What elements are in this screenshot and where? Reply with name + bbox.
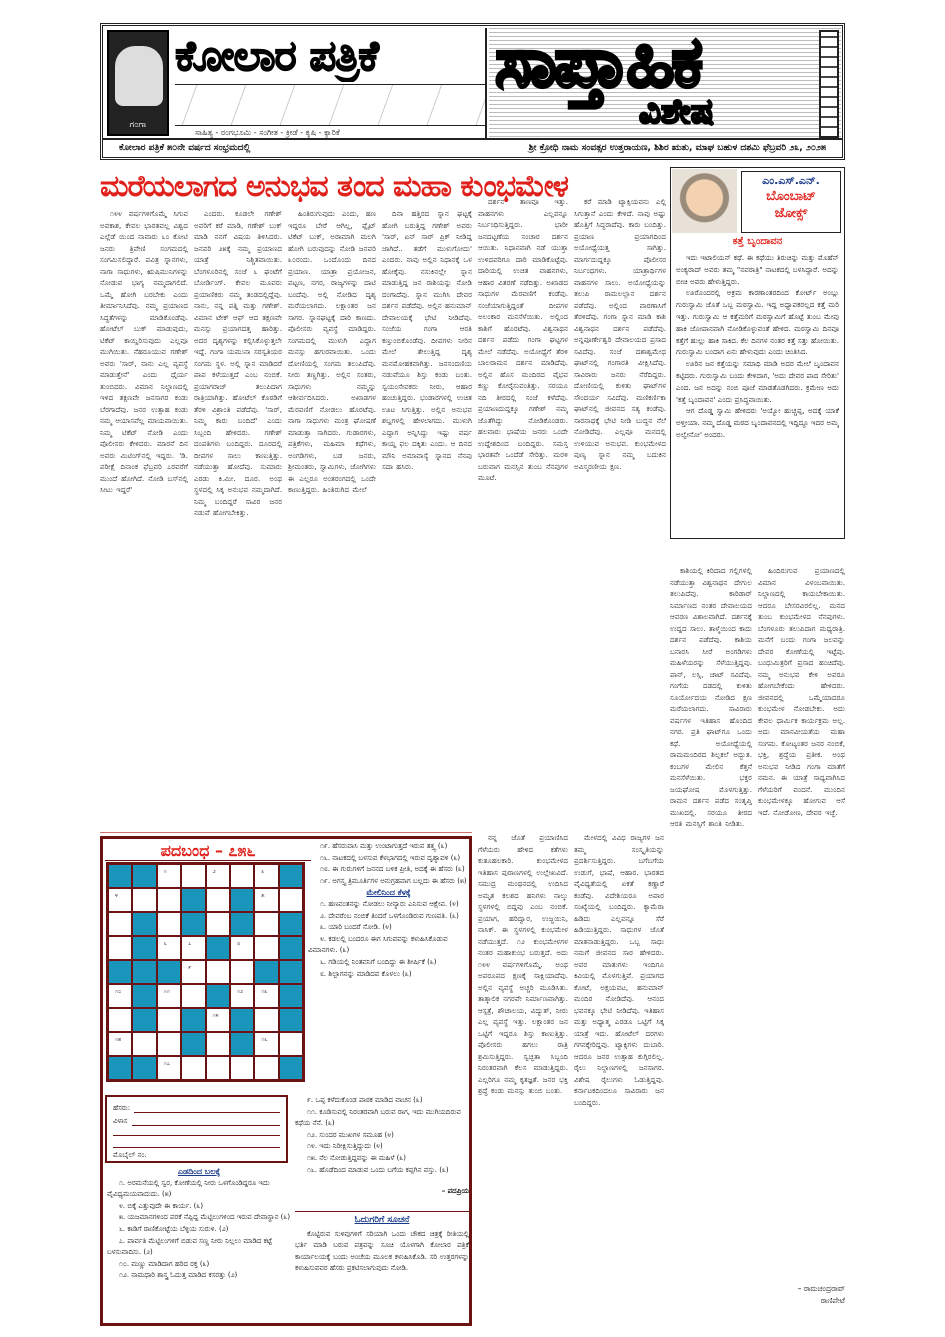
crossword-cell[interactable]: ೧೩ (254, 984, 278, 1008)
reader-notice: ಓದುಗರಿಗೆ ಸೂಚನೆ ಕೊಟ್ಟಿರುವ ಸುಳಿವುಗಳಿಗೆ ಸರಿ… (295, 1211, 469, 1275)
article-text: ಕರೆ ಮಾಡಿ ಟ್ಯಾಕ್ಸಿಯವನು ಎಲ್ಲಿ ಸಿಗುತ್ತಾನೆ ಎ… (574, 196, 666, 472)
crossword-cell-blocked (132, 984, 156, 1008)
address-field-line2[interactable] (113, 1127, 280, 1136)
crossword-cell[interactable] (157, 888, 181, 912)
clue: ೬. ಕಾಡಿಗೆ ರಾಣಿಕೋಟ್ಟೆಯ ಬೆಳ್ಳಿಯ ಸುರುಳಿ. (೨… (107, 1224, 291, 1236)
crossword-cell-blocked (132, 1056, 156, 1080)
clue: ೧೨. ನಾಮಧಾರಿ ಶಾಸ್ತ್ರ ಓದುತ್ತ ಮಾಡಿದ ಕಸರತ್ತು… (107, 1270, 291, 1282)
clue: ೩. ಯಾರಿ ಬಂದರೆ ನೋಡಿ. (೪) (308, 922, 469, 934)
supplement-subtitle: ವಿಶೇಷ (639, 92, 714, 132)
crossword-cell-blocked (108, 864, 132, 888)
crossword-cell-blocked (279, 984, 303, 1008)
clue: ೧೬. ನಾಟಕದಲ್ಲಿ ಬಳಸುವ ಕೆಳಭಾಗದಲ್ಲಿ ಇರುವ ದೃಶ… (308, 853, 469, 865)
crossword-cell[interactable] (254, 912, 278, 936)
crossword-cell-blocked (230, 1032, 254, 1056)
joke-subtitle: ಕತ್ತೆ ಬೃಂದಾವನ (671, 236, 844, 247)
crossword-cell-blocked (206, 936, 230, 960)
author-place: ರಾಣಿಪೇಟೆ (760, 1295, 845, 1307)
jokes-sidebar: ಎಂ.ಎಸ್.ಎನ್. ಬೊಂಬಾಟ್ ಜೋಕ್ಸ್ ಕತ್ತೆ ಬೃಂದಾವನ… (670, 167, 845, 539)
supplement-banner: ಸಾಪ್ತಾಹಿಕ ವಿಶೇಷ (489, 28, 841, 140)
article-column-10: ಹಿಂದಿರುಗುವ ಪ್ರಯಾಣದಲ್ಲಿ ವಿಮಾನ ವಿಳಂಬವಾಯಿತು… (758, 565, 845, 1281)
crossword-cell[interactable] (279, 888, 303, 912)
clue: ೧೯. ಹೆಸರುವಾಸಿ ಮತ್ತು ಉಂಟಾಗುತ್ತದೆ ಇರುವ ತತ್… (308, 841, 469, 853)
crossword-cell-blocked (132, 912, 156, 936)
crossword-cell-blocked (279, 864, 303, 888)
crossword-cell-blocked (279, 960, 303, 984)
decorative-border (819, 30, 839, 138)
name-field[interactable] (134, 1106, 280, 1113)
clue-number: ೧೨ (237, 989, 243, 996)
crossword-cell[interactable]: ೧೫ (108, 1032, 132, 1056)
article-column-2: ಎಂದರು. ಕೂಡಲೇ ಗಣೇಶ್ ಅವರಿಗೆ ಕರೆ ಮಾಡಿ, ಗಣೇಶ… (194, 208, 282, 828)
crossword-cell[interactable] (230, 960, 254, 984)
clue-number: ೧೦ (115, 989, 121, 996)
clue: ೫. ಯಜಮಾನಗಳಿಂದ ಪರಕೆ ನೆಪ್ಪಿದ್ದ ಮೆಟ್ಟಿಲುಗಳಿ… (107, 1212, 291, 1224)
clue-number: ೩ (261, 869, 264, 876)
arts-line: ಸಾಹಿತ್ಯ - ರಂಗಭೂಮಿ - ಸಂಗೀತ - ಕ್ರೀಡೆ - ಕೃಷ… (195, 128, 340, 138)
clue: ೧೮. ಈ ಗುರುಗಳಿಗೆ ಜನನದ ಬಳಿಕ ಪ್ರೀತಿ, ಅದಕ್ಕೆ… (308, 864, 469, 876)
crossword-cell-blocked (132, 1008, 156, 1032)
jokes-byline: ಎಂ.ಎಸ್.ಎನ್. (742, 174, 840, 188)
caricature-image (672, 169, 737, 233)
crossword-cell[interactable] (181, 1056, 205, 1080)
joke-paragraph: ಊರೊಂದರಲ್ಲಿ ಅಕ್ರಮ ಕಾರಣಾಂತರದಿಂದ ಕೋರ್ಟ್ ಅಂಬ… (676, 287, 839, 358)
crossword-cell-blocked (230, 912, 254, 936)
crossword-cell-blocked (279, 1008, 303, 1032)
crossword-cell[interactable] (206, 960, 230, 984)
crossword-cell[interactable]: ೫ (254, 888, 278, 912)
crossword-cell-blocked (181, 1032, 205, 1056)
logo-badge: ಗಂಗಾ (113, 120, 163, 130)
article-text: ಮೇಳದಲ್ಲಿ ವಿವಿಧ ರಾಜ್ಯಗಳ ಜನ ತಮ್ಮ ಸಂಸ್ಕೃತಿಯ… (574, 832, 664, 1108)
crossword-cell[interactable] (181, 984, 205, 1008)
joke-paragraph: ಊರಿನ ಜನ ಕತ್ತೆಯನ್ನು ಸಮಾಧಿ ಮಾಡಿ ಅದರ ಮೇಲೆ ಬ… (676, 358, 839, 405)
crossword-cell[interactable]: ೧ (157, 864, 181, 888)
address-field[interactable] (132, 1119, 280, 1126)
clue: ೪. ಬಿಕ್ಕೆ ಎತ್ತುವುದೇ ಈ ಕಾರ್ಯ. (೩) (107, 1201, 291, 1213)
crossword-cell[interactable]: ೧೨ (230, 984, 254, 1008)
article-column-4: ದಿನಾ ಹತ್ತಿರದ ಸ್ನಾನ ಘಟ್ಟಕ್ಕೆ ಹೋಗಿ ಬರುತ್ತಿ… (382, 208, 472, 828)
anniversary-text: ಕೋಲಾರ ಪತ್ರಿಕೆ ೫೦ನೇ ವರ್ಷದ ಸಂಭ್ರಮದಲ್ಲಿ (119, 140, 250, 157)
clue: ೬. ಗಡಿಯಲ್ಲಿ ನಿಂತವನಿಗೆ ಬಂದಿದ್ದು ಈ ಶೀರ್ಷಿಕ… (308, 957, 469, 969)
clue-number: ೧ (164, 869, 167, 876)
arts-illustration (175, 84, 485, 126)
crossword-cell[interactable] (279, 1032, 303, 1056)
clue: ೧೫. ನೆಲ ನೋಡುತ್ತಿದ್ದವನ್ನು ಈ ಮಹಿಳೆ (೩) (295, 1153, 469, 1165)
clue-number: ೪ (115, 893, 118, 900)
crossword-cell[interactable] (254, 1056, 278, 1080)
crossword-box: ಪದಬಂಧ – ೭೫೬ ೧೨೩೪೫೬೭೮೯೧೦೧೧೧೨೧೩೧೪೧೫೧೬೧೭ ೧೯… (100, 836, 472, 1326)
article-text: ಹಿಂದಿರುಗುವ ಪ್ರಯಾಣದಲ್ಲಿ ವಿಮಾನ ವಿಳಂಬವಾಯಿತು… (758, 565, 845, 818)
crossword-cell[interactable] (206, 912, 230, 936)
crossword-cell[interactable]: ೩ (254, 864, 278, 888)
clue: ೧೪. ಇದು ನಿರೀಕ್ಷಿಸುತ್ತಿದ್ದುದು (೪) (295, 1141, 469, 1153)
crossword-cell[interactable]: ೬ (157, 936, 181, 960)
clue: ೧. ಹಣವಂತನನ್ನು ನೋಡಲು ನೀನ್ಯಾರು ಎನಿಸುವ ಆಕ್ಷ… (308, 899, 469, 911)
crossword-cell-blocked (181, 912, 205, 936)
article-text: ೧೪೪ ವರ್ಷಗಳಿಗೊಮ್ಮೆ ಸಿಗುವ ಅವಕಾಶ, ಕೇವಲ ಭಾರತ… (100, 208, 188, 496)
crossword-cell[interactable] (254, 936, 278, 960)
notice-body: ಕೊಟ್ಟಿರುವ ಸುಳಿವುಗಳಿಗೆ ಸರಿಯಾಗಿ ಒಂದು ಚೌಕದ … (295, 1229, 469, 1275)
notice-heading: ಓದುಗರಿಗೆ ಸೂಚನೆ (295, 1215, 469, 1227)
article-column-1: ೧೪೪ ವರ್ಷಗಳಿಗೊಮ್ಮೆ ಸಿಗುವ ಅವಕಾಶ, ಕೇವಲ ಭಾರತ… (100, 208, 188, 828)
crossword-cell-blocked (108, 1056, 132, 1080)
author-signature: – ರಾಮಚಂದ್ರರಾವ್ ರಾಣಿಪೇಟೆ (760, 1283, 845, 1307)
crossword-cell-blocked (279, 912, 303, 936)
crossword-cell[interactable]: ೧೧ (157, 984, 181, 1008)
author-name: ರಾಮಚಂದ್ರರಾವ್ (804, 1284, 845, 1293)
crossword-cell[interactable]: ೯ (181, 960, 205, 984)
crossword-cell-blocked (108, 960, 132, 984)
article-column-9: ಕಾಶಿಯಲ್ಲಿ ಕಿರಿದಾದ ಗಲ್ಲಿಗಳಲ್ಲಿ ನಡೆಯುತ್ತಾ … (670, 565, 752, 1325)
address-field-line3[interactable] (113, 1139, 280, 1148)
clue: ೧೯. ಅಗಸ್ತ್ಯ ತ್ರಿಮೂರ್ತಿಗಳ ಅನುಗ್ರಹವಾಗ ಬಲ್ಲ… (308, 876, 469, 888)
article-text: ನನ್ನ ಜೊತೆ ಪ್ರಯಾಣಿಸಿದ ಗೆಳೆಯರು ಹೇಳಿದ ಕತೆಗಳ… (478, 832, 568, 1097)
crossword-cell[interactable] (181, 864, 205, 888)
crossword-cell[interactable] (132, 888, 156, 912)
crossword-grid: ೧೨೩೪೫೬೭೮೯೧೦೧೧೧೨೧೩೧೪೧೫೧೬೧೭ (106, 862, 305, 1082)
crossword-cell-blocked (181, 1008, 205, 1032)
clues-across: ಎಡದಿಂದ ಬಲಕ್ಕೆ ೧. ಅರಮನೆಯಲ್ಲಿ ಸ್ವರ, ಕೋಣೆಯಲ… (107, 1166, 291, 1282)
dash: – (798, 1284, 802, 1293)
crossword-cell[interactable]: ೧೬ (254, 1032, 278, 1056)
clue: ೧. ಅರಮನೆಯಲ್ಲಿ ಸ್ವರ, ಕೋಣೆಯಲ್ಲಿ ನೀರು ಒಳಗೊಂ… (107, 1178, 291, 1201)
crossword-cell[interactable] (230, 864, 254, 888)
down-heading: ಮೇಲಿನಿಂದ ಕೆಳಕ್ಕೆ (308, 887, 469, 899)
mobile-label: ಮೊಬೈಲ್ ನಂ. (113, 1151, 280, 1160)
clue-number: ೫ (261, 893, 264, 900)
jokes-title-box: ಎಂ.ಎಸ್.ಎನ್. ಬೊಂಬಾಟ್ ಜೋಕ್ಸ್ (741, 171, 841, 233)
clue: ೯. ಒಪ್ಪ ಕಳೆದುಕೊಂಡ ಪಾಠಕ ಮಾಡಿದ ವಾಚನ (೩) (295, 1095, 469, 1107)
joke-body: ಇದು ಇಟಾಲಿಯನ್ ಕಥೆ. ಈ ಕಥೆಯು ತಿರುಚಿನ್ನು ಮತ್… (676, 252, 839, 534)
clue-number: ೧೧ (164, 989, 170, 996)
crossword-cell[interactable] (206, 1056, 230, 1080)
entry-form: ಹೆಸರು: ವಿಳಾಸ ಮೊಬೈಲ್ ನಂ. (105, 1095, 288, 1163)
clue: ೧೧. ಕೂಡಿಸುವಲ್ಲಿ ನಿರಂತರವಾಗಿ ಬರುವ ರಾಗ, ಇದು… (295, 1107, 469, 1130)
crossword-cell[interactable] (230, 1056, 254, 1080)
crossword-cell[interactable]: ೧೭ (157, 1056, 181, 1080)
article-column-3: ಹಿಂತಿರುಗುವುದು ಎಂದು, ಹಣ ಇದ್ದರೂ ಬೇರೆ ಆಗಿಲ್… (288, 208, 376, 828)
crossword-cell[interactable] (132, 1032, 156, 1056)
clue: ೭. ಪಾರ್ವತಿ ಮೆಟ್ಟಿಲುಗಳಿಗೆ ಬಿಡುವ ಸಣ್ಣ ನೀರು… (107, 1236, 291, 1259)
crossword-cell[interactable] (157, 1032, 181, 1056)
crossword-cell[interactable] (108, 912, 132, 936)
crossword-cell[interactable]: ೧೦ (108, 984, 132, 1008)
crossword-cell-blocked (157, 960, 181, 984)
crossword-cell-blocked (230, 1008, 254, 1032)
crossword-cell[interactable] (108, 1008, 132, 1032)
setter-name: – ಪದಪ್ರಿಯ (295, 1186, 469, 1198)
crossword-cell-blocked (132, 864, 156, 888)
clue-number: ೧೫ (115, 1037, 121, 1044)
article-column-5: ದರ್ಶನ ತಾಣವೂ ಇತ್ತು. ವಾಹನಗಳು ಎಲ್ಲವನ್ನೂ ನಿರ… (478, 196, 568, 828)
dateline: ಶ್ರೀ ಕ್ರೋಧಿ ನಾಮ ಸಂವತ್ಸರ ಉತ್ತರಾಯಣ, ಶಿಶಿರ … (529, 140, 826, 157)
crossword-cell[interactable]: ೪ (108, 888, 132, 912)
article-text: ಎಂದರು. ಕೂಡಲೇ ಗಣೇಶ್ ಅವರಿಗೆ ಕರೆ ಮಾಡಿ, ಗಣೇಶ… (194, 208, 282, 519)
clue-number: ೧೭ (164, 1061, 170, 1068)
jokes-title-line1: ಬೊಂಬಾಟ್ (742, 188, 840, 205)
clue-number: ೧೪ (213, 1013, 219, 1020)
crossword-cell[interactable]: ೭ (181, 936, 205, 960)
article-text: ದರ್ಶನ ತಾಣವೂ ಇತ್ತು. ವಾಹನಗಳು ಎಲ್ಲವನ್ನೂ ನಿರ… (478, 196, 568, 484)
across-heading: ಎಡದಿಂದ ಬಲಕ್ಕೆ (107, 1166, 291, 1178)
crossword-cell-blocked (181, 888, 205, 912)
clue: ೨. ದೇವರೆಂಬ ನಂಬಿಕೆ ತಿಂದರೆ ಒಳಗೊಂಡಿರುವ ಗುಣವ… (308, 911, 469, 923)
crossword-cell[interactable] (206, 888, 230, 912)
article-column-7: ನನ್ನ ಜೊತೆ ಪ್ರಯಾಣಿಸಿದ ಗೆಳೆಯರು ಹೇಳಿದ ಕತೆಗಳ… (478, 832, 568, 1327)
crossword-cell[interactable] (206, 1032, 230, 1056)
article-column-6: ಕರೆ ಮಾಡಿ ಟ್ಯಾಕ್ಸಿಯವನು ಎಲ್ಲಿ ಸಿಗುತ್ತಾನೆ ಎ… (574, 196, 666, 828)
crossword-title: ಪದಬಂಧ – ೭೫೬ (105, 841, 311, 861)
crossword-cell-blocked (230, 888, 254, 912)
crossword-cell-blocked (279, 1056, 303, 1080)
name-label: ಹೆಸರು: (113, 1104, 130, 1113)
crossword-cell[interactable] (108, 936, 132, 960)
clues-top-right: ೧೯. ಹೆಸರುವಾಸಿ ಮತ್ತು ಉಂಟಾಗುತ್ತದೆ ಇರುವ ತತ್… (308, 841, 469, 1091)
crossword-cell-blocked (254, 960, 278, 984)
jokes-title-line2: ಜೋಕ್ಸ್ (742, 205, 840, 222)
crossword-cell[interactable] (254, 1008, 278, 1032)
clue: ೮. ಶಿಲ್ಪಾಗನನ್ನು ಮಾಡಿದವ ಕೊಳಲು (೩) (308, 969, 469, 981)
clue-number: ೧೩ (261, 989, 267, 996)
clue: ೧೨. ಸುಂದರ ಮುಖಗಳ ಸಮೂಹ (೪) (295, 1130, 469, 1142)
clues-down-continued: ೯. ಒಪ್ಪ ಕಳೆದುಕೊಂಡ ಪಾಠಕ ಮಾಡಿದ ವಾಚನ (೩) ೧೧… (295, 1095, 469, 1198)
clue-number: ೧೬ (261, 1037, 267, 1044)
clue-number: ೭ (188, 941, 191, 948)
crossword-cell[interactable] (157, 912, 181, 936)
article-text: ದಿನಾ ಹತ್ತಿರದ ಸ್ನಾನ ಘಟ್ಟಕ್ಕೆ ಹೋಗಿ ಬರುತ್ತಿ… (382, 208, 472, 473)
article-text: ಹಿಂತಿರುಗುವುದು ಎಂದು, ಹಣ ಇದ್ದರೂ ಬೇರೆ ಆಗಿಲ್… (288, 208, 376, 496)
crossword-cell-blocked (279, 936, 303, 960)
clue: ೧೬. ಹೊಡೆದಿಂದ ಮಾಡುವ ಒಂದು ಬಗೆಯ ಕಪ್ಪಗಿನ ವಸ್… (295, 1165, 469, 1177)
masthead-left-panel: ಗಂಗಾ ಕೋಲಾರ ಪತ್ರಿಕೆ ಸಾಹಿತ್ಯ - ರಂಗಭೂಮಿ - ಸ… (105, 28, 487, 140)
clue-number: ೮ (237, 941, 240, 948)
joke-paragraph: ಆಗ ದೊಡ್ಡ ಸ್ವಾಮಿ ಹೇಳಿದರು 'ಅಯ್ಯೋ ಹುಚ್ಚಪ್ಪ,… (676, 405, 839, 440)
crossword-cell[interactable]: ೨ (206, 864, 230, 888)
clue: ೧೦. ಮಣ್ಣು ಮಾಡಿದಾಗ ಹರಿದ ರಕ್ತ (೩) (107, 1259, 291, 1271)
section-divider (100, 832, 472, 833)
joke-paragraph: ಇದು ಇಟಾಲಿಯನ್ ಕಥೆ. ಈ ಕಥೆಯು ತಿರುಚಿನ್ನು ಮತ್… (676, 252, 839, 287)
crossword-cell-blocked (132, 936, 156, 960)
crossword-cell[interactable]: ೮ (230, 936, 254, 960)
clue-number: ೬ (164, 941, 167, 948)
clue-number: ೯ (188, 965, 191, 972)
address-label: ವಿಳಾಸ (113, 1117, 128, 1126)
crossword-cell[interactable]: ೧೪ (206, 1008, 230, 1032)
elephant-logo-icon: ಗಂಗಾ (107, 30, 169, 136)
article-column-8: ಮೇಳದಲ್ಲಿ ವಿವಿಧ ರಾಜ್ಯಗಳ ಜನ ತಮ್ಮ ಸಂಸ್ಕೃತಿಯ… (574, 832, 664, 1327)
crossword-cell-blocked (132, 960, 156, 984)
masthead-info-bar: ಕೋಲಾರ ಪತ್ರಿಕೆ ೫೦ನೇ ವರ್ಷದ ಸಂಭ್ರಮದಲ್ಲಿ ಶ್ರ… (103, 138, 842, 157)
crossword-cell[interactable] (157, 1008, 181, 1032)
clue: ೪. ಕಡಲಲ್ಲಿ ಬಂದರೂ ಈಗ ಸಿಗುವವನ್ನು ಕಳುಹಿಸಿಕೊ… (308, 934, 469, 957)
article-text: ಕಾಶಿಯಲ್ಲಿ ಕಿರಿದಾದ ಗಲ್ಲಿಗಳಲ್ಲಿ ನಡೆಯುತ್ತಾ … (670, 565, 752, 830)
clue-number: ೨ (213, 869, 216, 876)
newspaper-title: ಕೋಲಾರ ಪತ್ರಿಕೆ (175, 30, 485, 82)
crossword-cell-blocked (206, 984, 230, 1008)
masthead: ಗಂಗಾ ಕೋಲಾರ ಪತ್ರಿಕೆ ಸಾಹಿತ್ಯ - ರಂಗಭೂಮಿ - ಸ… (100, 23, 845, 160)
